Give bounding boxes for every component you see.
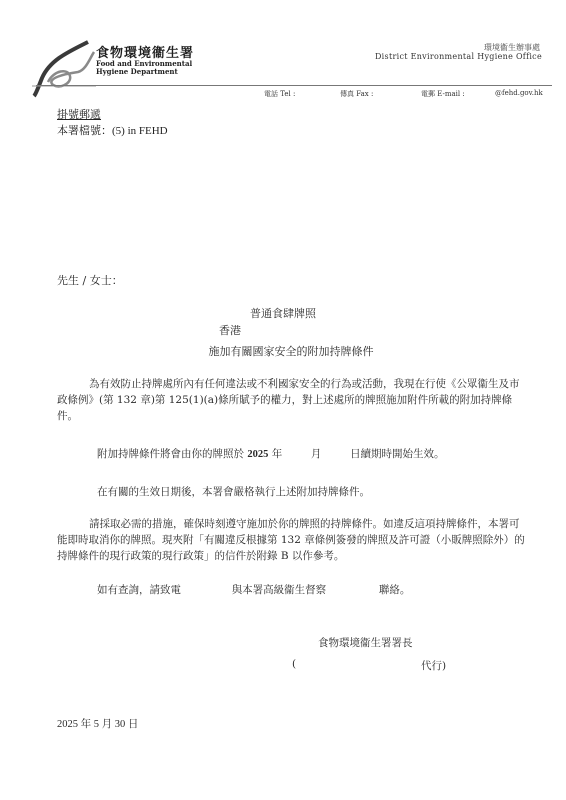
- year-unit: 年: [272, 448, 283, 460]
- tel-label: 電話 Tel :: [264, 89, 295, 99]
- signature-on-behalf: 代行): [421, 658, 446, 673]
- enquiry-part3: 聯絡。: [379, 584, 411, 596]
- subject-license-type: 普通食肆牌照: [0, 305, 566, 321]
- office-name-en: District Environmental Hygiene Office: [375, 52, 542, 61]
- paragraph-effective-date: 附加持牌條件將會由你的牌照於 2025 年 月 日續期時開始生效。: [97, 446, 445, 461]
- department-name-en-line2: Hygiene Department: [96, 68, 192, 76]
- month-unit: 月: [311, 448, 322, 460]
- enquiry-part1: 如有查詢，請致電: [97, 584, 181, 596]
- letter-date: 2025 年 5 月 30 日: [57, 716, 138, 731]
- paragraph-enquiry: 如有查詢，請致電 與本署高級衞生督察 聯絡。: [97, 582, 410, 597]
- fax-label: 傳真 Fax :: [340, 89, 373, 99]
- letterhead-divider: [36, 85, 552, 86]
- delivery-method: 掛號郵遞: [57, 106, 101, 122]
- fehd-logo-icon: [28, 38, 98, 98]
- signature-open-paren: (: [292, 658, 296, 670]
- email-domain: @fehd.gov.hk: [495, 89, 543, 97]
- subject-location: 香港: [219, 322, 241, 338]
- effective-date-prefix: 附加持牌條件將會由你的牌照於: [97, 448, 244, 460]
- effective-year: 2025: [247, 449, 268, 460]
- enquiry-part2: 與本署高級衞生督察: [232, 584, 327, 596]
- salutation: 先生 / 女士：: [57, 272, 123, 288]
- department-name-en: Food and Environmental Hygiene Departmen…: [96, 60, 192, 76]
- paragraph-enforcement: 在有關的生效日期後，本署會嚴格執行上述附加持牌條件。: [97, 484, 370, 499]
- file-reference: 本署檔號：(5) in FEHD: [57, 122, 168, 138]
- paragraph-compliance: 請採取必需的措施，確保時刻遵守施加於你的牌照的持牌條件。如違反這項持牌條件，本署…: [57, 516, 527, 564]
- paragraph-authority: 為有效防止持牌處所內有任何違法或不利國家安全的行為或活動，我現在行使《公眾衞生及…: [57, 376, 527, 424]
- effective-date-suffix: 日續期時開始生效。: [350, 448, 445, 460]
- subject-title: 施加有關國家安全的附加持牌條件: [8, 343, 566, 359]
- email-label: 電郵 E-mail :: [421, 89, 465, 99]
- signatory-title: 食物環境衞生署署長: [318, 635, 413, 650]
